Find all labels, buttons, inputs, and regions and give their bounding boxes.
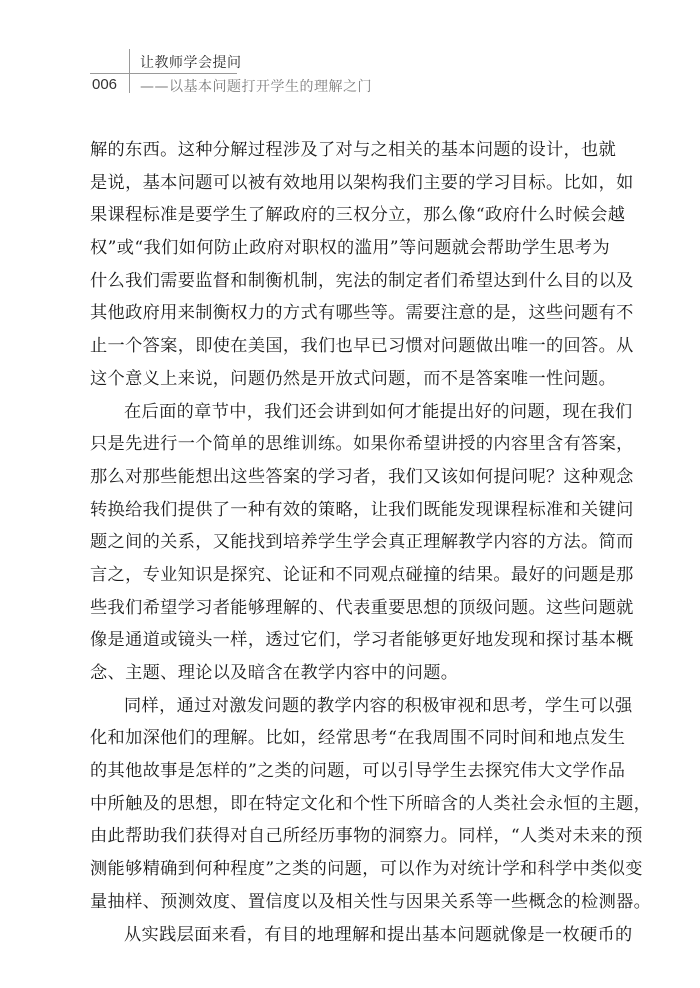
text-line: 止一个答案，即使在美国，我们也早已习惯对问题做出唯一的回答。从 [90,330,610,363]
text-line: 量抽样、预测效度、置信度以及相关性与因果关系等一些概念的检测器。 [90,886,610,919]
header-vertical-divider [129,49,130,93]
text-line: 从实践层面来看，有目的地理解和提出基本问题就像是一枚硬币的 [90,919,610,952]
text-line: 言之，专业知识是探究、论证和不同观点碰撞的结果。最好的问题是那 [90,559,610,592]
text-line: 题之间的关系，又能找到培养学生学会真正理解教学内容的方法。简而 [90,526,610,559]
text-line: 由此帮助我们获得对自己所经历事物的洞察力。同样，“人类对未来的预 [90,820,610,853]
text-line: 权”或“我们如何防止政府对职权的滥用”等问题就会帮助学生思考为 [90,232,610,265]
text-line: 是说，基本问题可以被有效地用以架构我们主要的学习目标。比如，如 [90,167,610,200]
text-line: 中所触及的思想，即在特定文化和个性下所暗含的人类社会永恒的主题， [90,788,610,821]
text-line: 果课程标准是要学生了解政府的三权分立，那么像“政府什么时候会越 [90,199,610,232]
page-number: 006 [92,76,117,93]
book-title: 让教师学会提问 [140,52,242,72]
text-line: 测能够精确到何种程度”之类的问题，可以作为对统计学和科学中类似变 [90,853,610,886]
text-line: 念、主题、理论以及暗含在教学内容中的问题。 [90,657,610,690]
text-line: 只是先进行一个简单的思维训练。如果你希望讲授的内容里含有答案， [90,428,610,461]
body-text: 解的东西。这种分解过程涉及了对与之相关的基本问题的设计，也就是说，基本问题可以被… [90,134,610,951]
text-line: 些我们希望学习者能够理解的、代表重要思想的顶级问题。这些问题就 [90,592,610,625]
text-line: 化和加深他们的理解。比如，经常思考“在我周围不同时间和地点发生 [90,722,610,755]
text-line: 那么对那些能想出这些答案的学习者，我们又该如何提问呢？这种观念 [90,461,610,494]
text-line: 在后面的章节中，我们还会讲到如何才能提出好的问题，现在我们 [90,396,610,429]
text-line: 解的东西。这种分解过程涉及了对与之相关的基本问题的设计，也就 [90,134,610,167]
text-line: 转换给我们提供了一种有效的策略，让我们既能发现课程标准和关键问 [90,494,610,527]
book-subtitle: ——以基本问题打开学生的理解之门 [140,76,372,96]
text-line: 什么我们需要监督和制衡机制，宪法的制定者们希望达到什么目的以及 [90,265,610,298]
text-line: 其他政府用来制衡权力的方式有哪些等。需要注意的是，这些问题有不 [90,297,610,330]
text-line: 同样，通过对激发问题的教学内容的积极审视和思考，学生可以强 [90,690,610,723]
text-line: 这个意义上来说，问题仍然是开放式问题，而不是答案唯一性问题。 [90,363,610,396]
header-horizontal-divider [90,73,237,74]
text-line: 的其他故事是怎样的”之类的问题，可以引导学生去探究伟大文学作品 [90,755,610,788]
text-line: 像是通道或镜头一样，透过它们，学习者能够更好地发现和探讨基本概 [90,624,610,657]
